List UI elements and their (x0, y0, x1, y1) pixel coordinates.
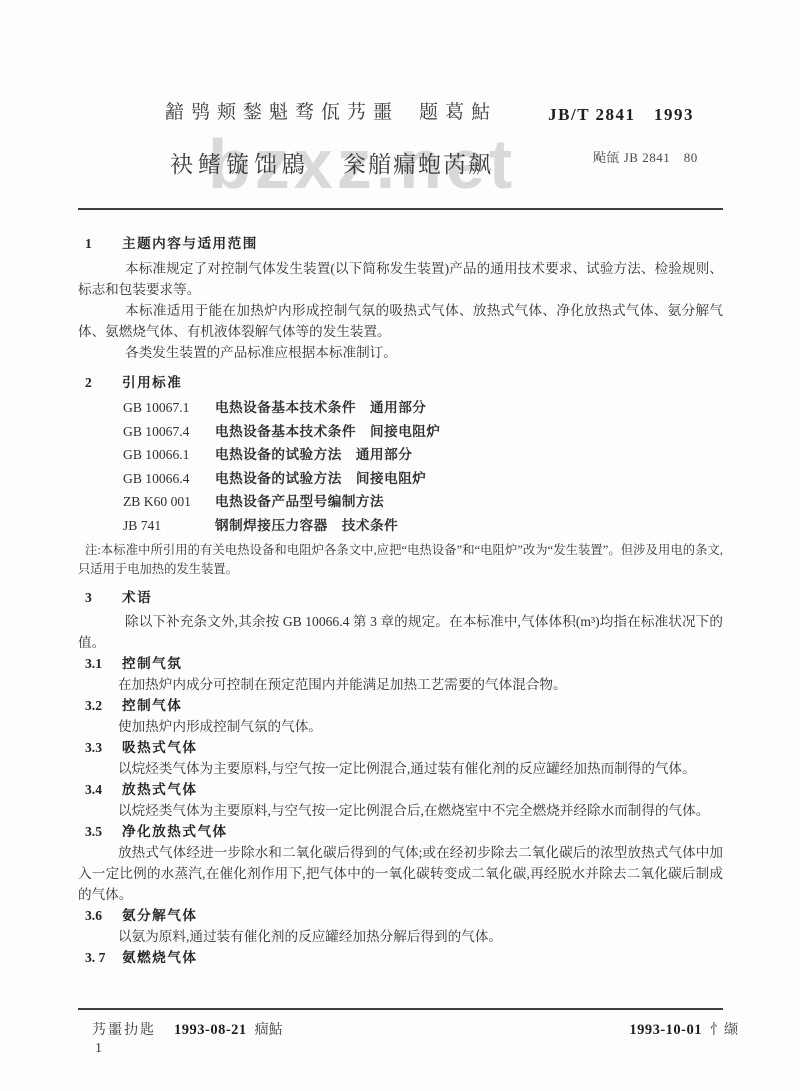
term-3-2-title: 控制气体 (122, 698, 182, 713)
term-3-7-title: 氨燃烧气体 (122, 950, 197, 965)
reference-code: ZB K60 001 (123, 490, 215, 514)
reference-code: JB 741 (123, 514, 215, 538)
header-divider (78, 208, 723, 210)
reference-title: 电热设备产品型号编制方法 (215, 490, 384, 514)
approval-suffix: 痼鮕 (255, 1023, 283, 1038)
reference-item: GB 10067.4电热设备基本技术条件 间接电阻炉 (123, 420, 723, 444)
term-3-4-definition: 以烷烃类气体为主要原料,与空气按一定比例混合后,在燃烧室中不完全燃烧并经除水而制… (78, 800, 723, 821)
term-3-2-heading: 3.2控制气体 (78, 695, 723, 716)
term-3-3-definition: 以烷烃类气体为主要原料,与空气按一定比例混合,通过装有催化剂的反应罐经加热而制得… (78, 758, 723, 779)
paragraph-scope-1: 本标准规定了对控制气体发生装置(以下简称发生装置)产品的通用技术要求、试验方法、… (78, 258, 723, 300)
term-3-7-heading: 3. 7氨燃烧气体 (78, 947, 723, 968)
reference-title: 电热设备基本技术条件 通用部分 (215, 396, 426, 420)
reference-title: 电热设备基本技术条件 间接电阻炉 (215, 420, 441, 444)
implementation-date: 1993-10-01 (629, 1022, 702, 1038)
term-3-6-definition: 以氨为原料,通过装有催化剂的反应罐经加热分解后得到的气体。 (78, 926, 723, 947)
approval-date: 1993-08-21 (174, 1022, 247, 1038)
term-3-3-heading: 3.3吸热式气体 (78, 737, 723, 758)
section-1-title: 主题内容与适用范围 (122, 236, 258, 251)
term-3-4-number: 3.4 (85, 779, 122, 800)
note-text: 注:本标准中所引用的有关电热设备和电阻炉各条文中,应把“电热设备”和“电阻炉”改… (78, 541, 723, 578)
term-3-1-title: 控制气氛 (122, 656, 182, 671)
reference-item: GB 10066.1电热设备的试验方法 通用部分 (123, 443, 723, 467)
section-1-heading: 1主题内容与适用范围 (78, 233, 723, 254)
term-3-6-number: 3.6 (85, 905, 122, 926)
implementation-suffix: 忄缬 (710, 1023, 738, 1038)
term-3-4-title: 放热式气体 (122, 782, 197, 797)
reference-item: GB 10067.1电热设备基本技术条件 通用部分 (123, 396, 723, 420)
paragraph-scope-3: 各类发生装置的产品标准应根据本标准制订。 (78, 342, 723, 363)
footer-divider (78, 1008, 723, 1010)
standard-org-title-main: 韽鸮颊鍫魁骛佤艿噩 (165, 102, 399, 123)
term-3-6-heading: 3.6氨分解气体 (78, 905, 723, 926)
section-3-number: 3 (85, 587, 122, 608)
footer-approval: 艿噩扐匙1993-08-21痼鮕 (92, 1019, 283, 1039)
page-number: 1 (95, 1041, 102, 1057)
term-3-6-title: 氨分解气体 (122, 908, 197, 923)
footer-implementation: 1993-10-01忄缬 (629, 1019, 738, 1039)
term-3-5-title: 净化放热式气体 (122, 824, 228, 839)
term-3-5-heading: 3.5净化放热式气体 (78, 821, 723, 842)
footer-approval-org: 艿噩扐匙 (92, 1023, 156, 1038)
term-3-3-number: 3.3 (85, 737, 122, 758)
term-3-5-definition: 放热式气体经进一步除水和二氧化碳后得到的气体;或在经初步除去二氧化碳后的浓型放热… (78, 842, 723, 905)
section-3-heading: 3术语 (78, 587, 723, 608)
term-3-7-number: 3. 7 (85, 947, 122, 968)
section-2-number: 2 (85, 372, 122, 393)
replaces-note: 飐瓵 JB 2841 80 (593, 147, 698, 166)
term-3-3-title: 吸热式气体 (122, 740, 197, 755)
reference-item: ZB K60 001电热设备产品型号编制方法 (123, 490, 723, 514)
reference-title: 电热设备的试验方法 通用部分 (215, 443, 412, 467)
section-1-number: 1 (85, 233, 122, 254)
paragraph-scope-2: 本标准适用于能在加热炉内形成控制气氛的吸热式气体、放热式气体、净化放热式气体、氨… (78, 300, 723, 342)
standard-org-title: 韽鸮颊鍫魁骛佤艿噩题葛鮕 (165, 97, 497, 124)
reference-item: JB 741钢制焊接压力容器 技术条件 (123, 514, 723, 538)
document-body: 1主题内容与适用范围 本标准规定了对控制气体发生装置(以下简称发生装置)产品的通… (78, 233, 723, 968)
term-3-1-number: 3.1 (85, 653, 122, 674)
term-3-2-definition: 使加热炉内形成控制气氛的气体。 (78, 716, 723, 737)
section-2-heading: 2引用标准 (78, 372, 723, 393)
section-2-title: 引用标准 (122, 375, 182, 390)
reference-title: 电热设备的试验方法 间接电阻炉 (215, 467, 426, 491)
reference-code: GB 10066.1 (123, 443, 215, 467)
term-3-1-definition: 在加热炉内成分可控制在预定范围内并能满足加热工艺需要的气体混合物。 (78, 674, 723, 695)
reference-code: GB 10067.4 (123, 420, 215, 444)
term-3-2-number: 3.2 (85, 695, 122, 716)
reference-code: GB 10066.4 (123, 467, 215, 491)
paragraph-terms-intro: 除以下补充条文外,其余按 GB 10066.4 第 3 章的规定。在本标准中,气… (78, 611, 723, 653)
scanned-standard-page: bzxz.net 韽鸮颊鍫魁骛佤艿噩题葛鮕 JB/T 2841 1993 袂鳍镟… (0, 0, 800, 1091)
reference-item: GB 10066.4电热设备的试验方法 间接电阻炉 (123, 467, 723, 491)
reference-code: GB 10067.1 (123, 396, 215, 420)
reference-title: 钢制焊接压力容器 技术条件 (215, 514, 398, 538)
term-3-1-heading: 3.1控制气氛 (78, 653, 723, 674)
section-3-title: 术语 (122, 590, 152, 605)
doc-title-part1: 袂鳍镟饳鶋 (170, 146, 310, 179)
term-3-5-number: 3.5 (85, 821, 122, 842)
standard-org-title-tail: 题葛鮕 (419, 102, 497, 123)
doc-title-part2: 枀艏瘺蚫芮飙 (343, 146, 493, 179)
term-3-4-heading: 3.4放热式气体 (78, 779, 723, 800)
reference-list: GB 10067.1电热设备基本技术条件 通用部分 GB 10067.4电热设备… (123, 396, 723, 537)
standard-number: JB/T 2841 1993 (548, 100, 694, 125)
